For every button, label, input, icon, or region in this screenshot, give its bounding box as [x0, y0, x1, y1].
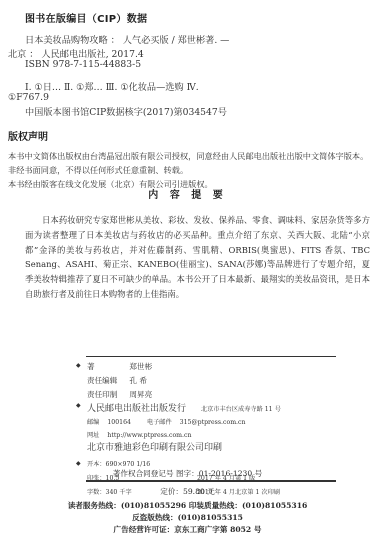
cip-class-number: ①F767.9	[8, 92, 49, 103]
email-label: 电子邮件	[147, 419, 172, 426]
bottom-rule	[86, 480, 336, 482]
publisher: 人民邮电出版社出版发行	[87, 404, 186, 414]
cip-line-1: 日本美妆品购物攻略 ： 人气必买版 / 郑世彬著. —	[25, 32, 229, 46]
printing-label: 责任印制	[87, 389, 127, 400]
format: 开本：690×970 1/16	[87, 461, 150, 468]
postcode-label: 邮编	[87, 419, 99, 426]
cip-title: 图书在版编目（CIP）数据	[25, 10, 147, 25]
contract-registration: 著作权合同登记号 图字：01-2016-1230 号	[0, 468, 375, 479]
copyright-paragraph: 本书中文简体出版权由台湾晶冠出版有限公司授权，同意经由人民邮电出版社出版中文简体…	[8, 149, 370, 177]
bullet-icon: ◆	[76, 460, 81, 467]
postcode: 100164	[107, 419, 131, 426]
summary-text: 日本药妆研究专家郑世彬从美妆、彩妆、发妆、保养品、零食、调味料、家居杂货等多方面…	[25, 213, 370, 302]
website-label: 网址	[87, 432, 99, 439]
cip-verification: 中国版本图书馆CIP数据核字(2017)第034547号	[25, 104, 227, 118]
top-rule	[86, 356, 336, 357]
author: 郑世彬	[129, 362, 152, 371]
address: 北京市丰台区成寿寺路 11 号	[201, 406, 281, 413]
editor: 孔 希	[129, 376, 147, 385]
bullet-icon: ◆	[76, 362, 81, 369]
cip-line-2: 北京 ： 人民邮电出版社, 2017.4	[8, 46, 144, 60]
anti-piracy-hotline: 反盗版热线：(010)81055315	[0, 512, 375, 523]
ad-license: 广告经营许可证：京东工商广字第 8052 号	[0, 524, 375, 535]
service-hotlines: 读者服务热线：(010)81055296 印装质量热线：(010)8105531…	[0, 500, 375, 511]
bullet-icon: ◆	[76, 402, 81, 409]
price: 定价：59.80 元	[0, 486, 375, 497]
printing-supervisor: 周昇亮	[129, 390, 152, 399]
cip-classification: Ⅰ. ①日… Ⅱ. ①郑… Ⅲ. ①化妆品—选购 Ⅳ.	[25, 79, 199, 93]
website: http://www.ptpress.com.cn	[107, 432, 191, 439]
copyright-title: 版权声明	[8, 128, 48, 143]
printer: 北京市雅迪彩色印刷有限公司印刷	[87, 440, 222, 453]
editor-label: 责任编辑	[87, 375, 127, 386]
cip-isbn: ISBN 978-7-115-44883-5	[25, 59, 141, 70]
summary-title: 内 容 提 要	[0, 186, 375, 201]
author-label: 著	[87, 361, 127, 372]
copyright-text: 本书中文简体出版权由台湾晶冠出版有限公司授权，同意经由人民邮电出版社出版中文简体…	[8, 149, 370, 191]
email: 315@ptpress.com.cn	[180, 419, 246, 426]
